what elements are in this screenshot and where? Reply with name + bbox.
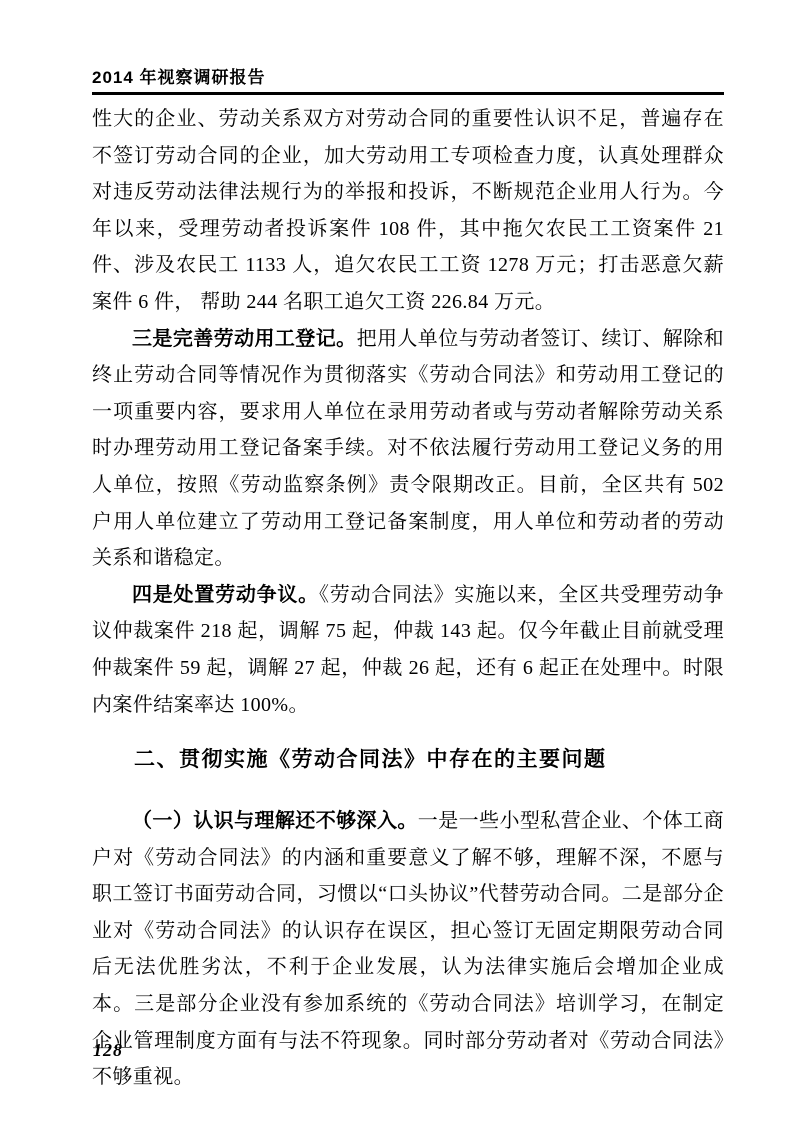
paragraph-labor-registration-lead: 三是完善劳动用工登记。 (132, 328, 357, 350)
page-header: 2014 年视察调研报告 (92, 63, 724, 95)
paragraph-labor-registration-text: 把用人单位与劳动者签订、续订、解除和终止劳动合同等情况作为贯彻落实《劳动合同法》… (92, 328, 724, 570)
paragraph-awareness-lead: （一）认识与理解还不够深入。 (132, 810, 418, 832)
paragraph-continuation: 性大的企业、劳动关系双方对劳动合同的重要性认识不足，普遍存在不签订劳动合同的企业… (92, 101, 724, 321)
paragraph-labor-disputes: 四是处置劳动争议。《劳动合同法》实施以来，全区共受理劳动争议仲裁案件 218 起… (92, 577, 724, 723)
document-body: 性大的企业、劳动关系双方对劳动合同的重要性认识不足，普遍存在不签订劳动合同的企业… (92, 101, 724, 1096)
paragraph-continuation-text: 性大的企业、劳动关系双方对劳动合同的重要性认识不足，普遍存在不签订劳动合同的企业… (92, 108, 724, 313)
page-number: 128 (93, 1040, 123, 1061)
paragraph-awareness: （一）认识与理解还不够深入。一是一些小型私营企业、个体工商户对《劳动合同法》的内… (92, 803, 724, 1096)
document-page: 2014 年视察调研报告 性大的企业、劳动关系双方对劳动合同的重要性认识不足，普… (0, 0, 803, 1133)
header-rule (92, 92, 724, 95)
paragraph-awareness-text: 一是一些小型私营企业、个体工商户对《劳动合同法》的内涵和重要意义了解不够，理解不… (92, 810, 724, 1088)
running-header-title: 2014 年视察调研报告 (92, 63, 724, 88)
paragraph-labor-disputes-lead: 四是处置劳动争议。 (132, 584, 319, 606)
paragraph-labor-registration: 三是完善劳动用工登记。把用人单位与劳动者签订、续订、解除和终止劳动合同等情况作为… (92, 321, 724, 577)
section-heading: 二、贯彻实施《劳动合同法》中存在的主要问题 (92, 745, 724, 775)
